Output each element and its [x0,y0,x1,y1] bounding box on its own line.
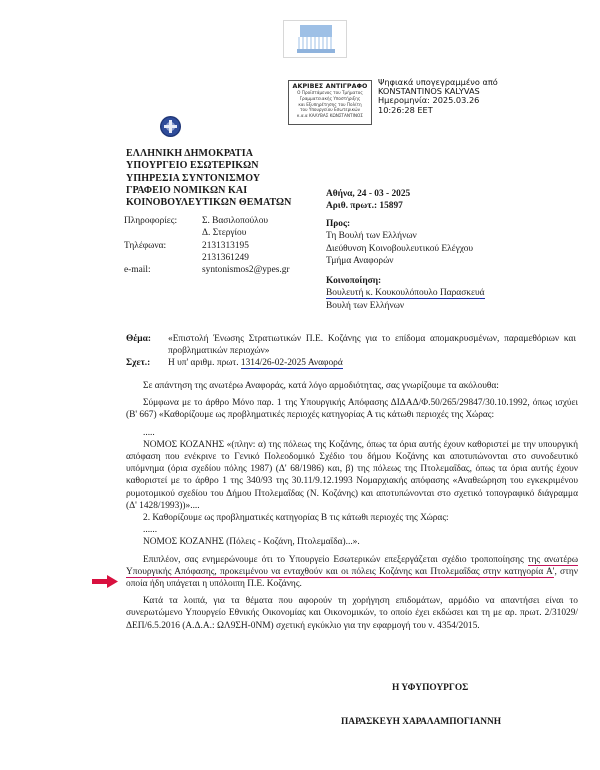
info-label: Πληροφορίες: [124,215,202,227]
parliament-logo-base [297,49,335,53]
phone-label: Τηλέφωνα: [124,240,202,252]
header-line: ΥΠΟΥΡΓΕΙΟ ΕΣΩΤΕΡΙΚΩΝ [126,160,291,172]
header-line: ΕΛΛΗΝΙΚΗ ΔΗΜΟΚΡΑΤΙΑ [126,148,291,160]
email-label: e-mail: [124,264,202,276]
red-arrow-annotation-icon [92,575,118,588]
parliament-logo [283,20,347,58]
paragraph-text: Επιπλέον, σας ενημερώνουμε ότι το Υπουργ… [143,555,528,565]
paragraph: 2. Καθορίζουμε ως προβληματικές κατηγορί… [126,512,578,524]
recipients: Προς: Τη Βουλή των Ελλήνων Διεύθυνση Κοι… [326,218,473,267]
subject-block: Θέμα: «Επιστολή Ένωσης Στρατιωτικών Π.Ε.… [126,333,576,369]
document-date: Αθήνα, 24 - 03 - 2025 [326,188,410,200]
signatory-title: Η ΥΦΥΠΟΥΡΓΟΣ [392,683,468,693]
signatory-name: ΠΑΡΑΣΚΕΥΗ ΧΑΡΑΛΑΜΠΟΓΙΑΝΝΗ [341,717,501,727]
cc-recipient-line: Βουλή των Ελλήνων [326,300,485,312]
header-line: ΥΠΗΡΕΣΙΑ ΣΥΝΤΟΝΙΣΜΟΥ [126,173,291,185]
stamp-line: κ.α.α ΚΑΛΥΒΑΣ ΚΩΝΣΤΑΝΤΙΝΟΣ [289,113,371,119]
recipient-line: Διεύθυνση Κοινοβουλευτικού Ελέγχου [326,243,473,255]
certified-copy-stamp: ΑΚΡΙΒΕΣ ΑΝΤΙΓΡΑΦΟ Ο Προϊστάμενος του Τμή… [288,80,372,125]
digital-signature-time: 10:26:28 EET [378,106,498,115]
contact-info: Πληροφορίες: Σ. Βασιλοπούλου Δ. Στεργίου… [124,215,290,276]
info-name: Δ. Στεργίου [202,227,246,239]
cc-heading: Κοινοποίηση: [326,275,485,287]
subject-label: Θέμα: [126,333,168,357]
stamp-line: Ο Προϊστάμενος του Τμήματος [289,90,371,96]
reference-label: Σχετ.: [126,357,168,369]
ellipsis: ...... [126,524,578,536]
recipient-line: Τη Βουλή των Ελλήνων [326,230,473,242]
email-address[interactable]: syntonismos2@ypes.gr [202,264,290,276]
reference-prefix: Η υπ' αριθμ. πρωτ. [168,358,241,368]
letter-body: Σε απάντηση της ανωτέρω Αναφοράς, κατά λ… [126,380,578,632]
phone-number: 2131313195 [202,240,249,252]
recipient-line: Τμήμα Αναφορών [326,255,473,267]
cc-block: Κοινοποίηση: Βουλευτή κ. Κουκουλόπουλο Π… [326,275,485,312]
paragraph: Σε απάντηση της ανωτέρω Αναφοράς, κατά λ… [126,380,578,392]
ellipsis: ..... [126,427,578,439]
reference-text: Η υπ' αριθμ. πρωτ. 1314/26-02-2025 Αναφο… [168,357,576,369]
date-block: Αθήνα, 24 - 03 - 2025 Αριθ. πρωτ.: 15897 [326,188,410,213]
parliament-logo-building [298,37,334,49]
header-line: ΚΟΙΝΟΒΟΥΛΕΥΤΙΚΩΝ ΘΕΜΑΤΩΝ [126,197,291,209]
stamp-line: Γραμματειακής Υποστήριξης [289,96,371,102]
ministry-header: ΕΛΛΗΝΙΚΗ ΔΗΜΟΚΡΑΤΙΑ ΥΠΟΥΡΓΕΙΟ ΕΣΩΤΕΡΙΚΩΝ… [126,148,291,209]
paragraph: Σύμφωνα με το άρθρο Μόνο παρ. 1 της Υπου… [126,397,578,421]
header-line: ΓΡΑΦΕΙΟ ΝΟΜΙΚΩΝ ΚΑΙ [126,185,291,197]
parliament-logo-sky [300,25,332,37]
phone-number: 2131361249 [202,252,249,264]
digital-signature: Ψηφιακά υπογεγραμμένο από KONSTANTINOS K… [378,78,498,115]
paragraph: Κατά τα λοιπά, για τα θέματα που αφορούν… [126,595,578,632]
subject-text: «Επιστολή Ένωσης Στρατιωτικών Π.Ε. Κοζάν… [168,333,576,357]
recipients-heading: Προς: [326,218,473,230]
paragraph: ΝΟΜΟΣ ΚΟΖΑΝΗΣ «(πλην: α) της πόλεως της … [126,439,578,512]
paragraph: ΝΟΜΟΣ ΚΟΖΑΝΗΣ (Πόλεις - Κοζάνη, Πτολεμαΐ… [126,536,578,548]
stamp-title: ΑΚΡΙΒΕΣ ΑΝΤΙΓΡΑΦΟ [289,83,371,90]
reference-link-underlined: 1314/26-02-2025 Αναφορά [241,358,343,369]
cc-recipient-underlined: Βουλευτή κ. Κουκουλόπουλο Παρασκευά [326,288,485,299]
highlighted-paragraph: Επιπλέον, σας ενημερώνουμε ότι το Υπουργ… [126,554,578,591]
protocol-number: Αριθ. πρωτ.: 15897 [326,200,410,212]
greek-coat-of-arms-icon [160,116,181,137]
info-name: Σ. Βασιλοπούλου [202,215,268,227]
